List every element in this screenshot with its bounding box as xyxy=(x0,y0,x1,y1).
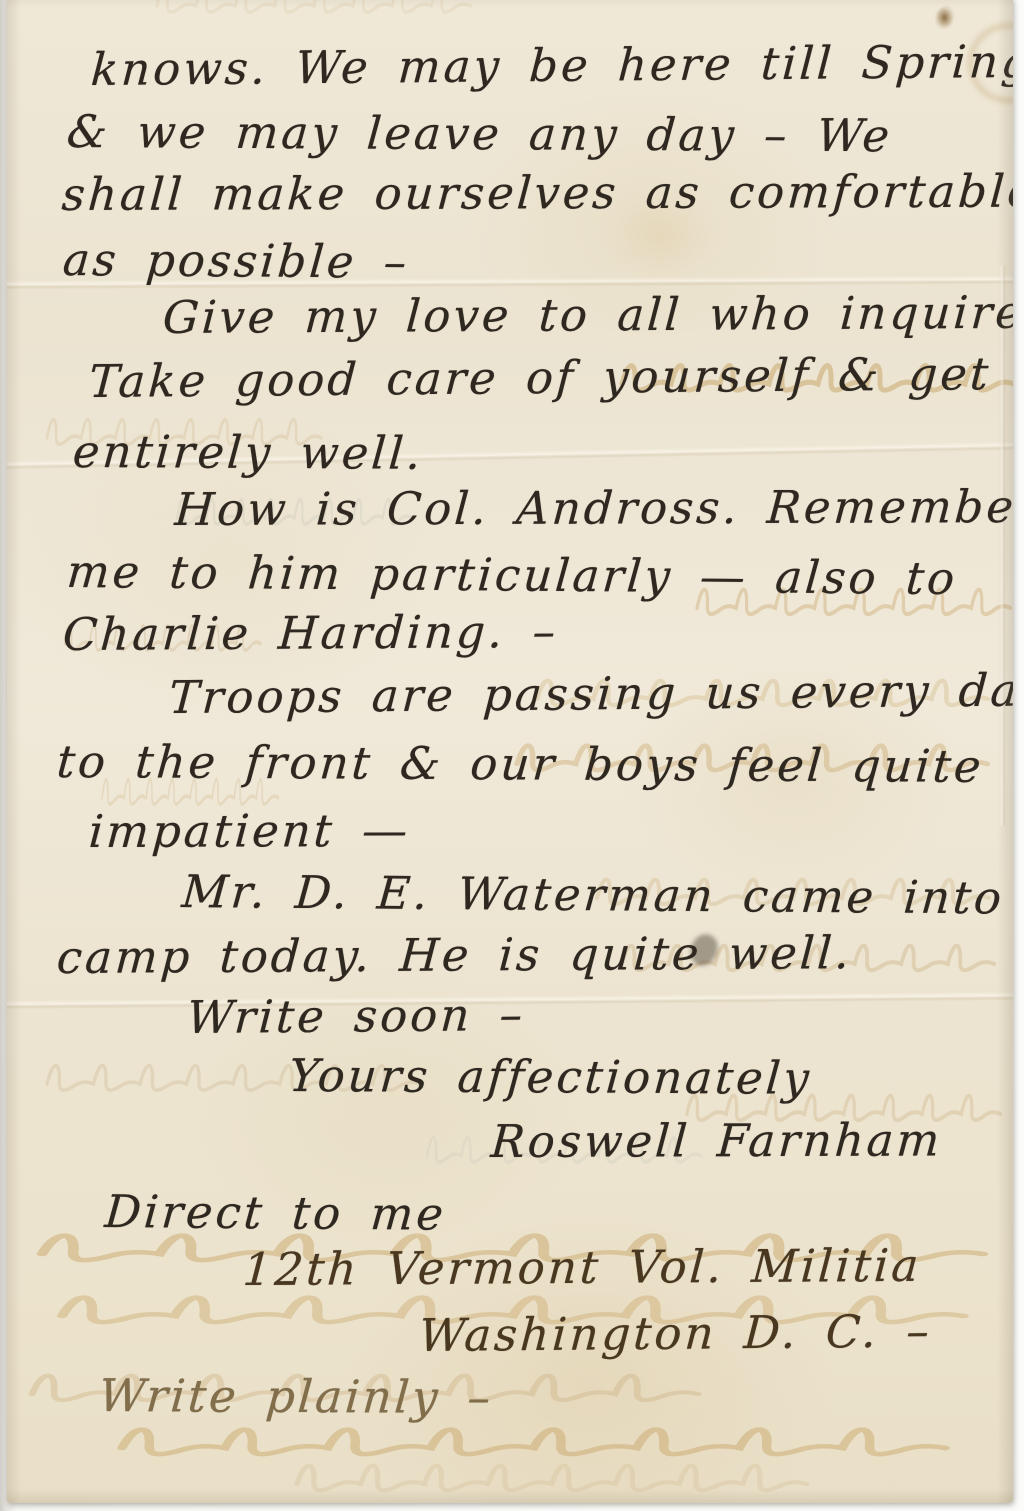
handwritten-line: camp today. He is quite well. xyxy=(55,929,853,982)
handwritten-line: knows. We may be here till Spring xyxy=(90,38,1013,95)
handwritten-line: Roswell Farnham xyxy=(489,1116,944,1166)
handwritten-line: impatient — xyxy=(87,807,411,857)
handwritten-line: shall make ourselves as comfortable xyxy=(60,168,1013,220)
handwritten-line: Yours affectionately xyxy=(287,1052,813,1103)
letter-paper: knows. We may be here till Spring& we ma… xyxy=(7,0,1013,1503)
handwritten-line: me to him particularly — also to xyxy=(65,548,959,604)
handwritten-line: How is Col. Andross. Remember xyxy=(173,483,1013,535)
handwritten-line: Washington D. C. – xyxy=(418,1308,934,1361)
handwritten-line: to the front & our boys feel quite xyxy=(55,738,985,791)
handwritten-line: Troops are passing us every day, xyxy=(168,666,1013,722)
handwritten-line: & we may leave any day – We xyxy=(65,108,894,161)
handwritten-line: as possible – xyxy=(61,236,411,287)
handwritten-line: Write plainly – xyxy=(97,1372,495,1423)
handwritten-line: Mr. D. E. Waterman came into xyxy=(180,868,1006,923)
handwritten-line: Direct to me xyxy=(103,1188,448,1239)
handwritten-line: Write soon – xyxy=(186,991,527,1043)
handwritten-line: Charlie Harding. – xyxy=(61,608,559,660)
handwritten-line: Give my love to all who inquire xyxy=(161,289,1013,343)
scan-background: knows. We may be here till Spring& we ma… xyxy=(0,0,1024,1511)
letter-body: knows. We may be here till Spring& we ma… xyxy=(7,0,1013,1503)
handwritten-line: Take good care of yourself & get xyxy=(88,350,993,406)
handwritten-line: 12th Vermont Vol. Militia xyxy=(241,1242,922,1295)
handwritten-line: entirely well. xyxy=(71,428,425,478)
